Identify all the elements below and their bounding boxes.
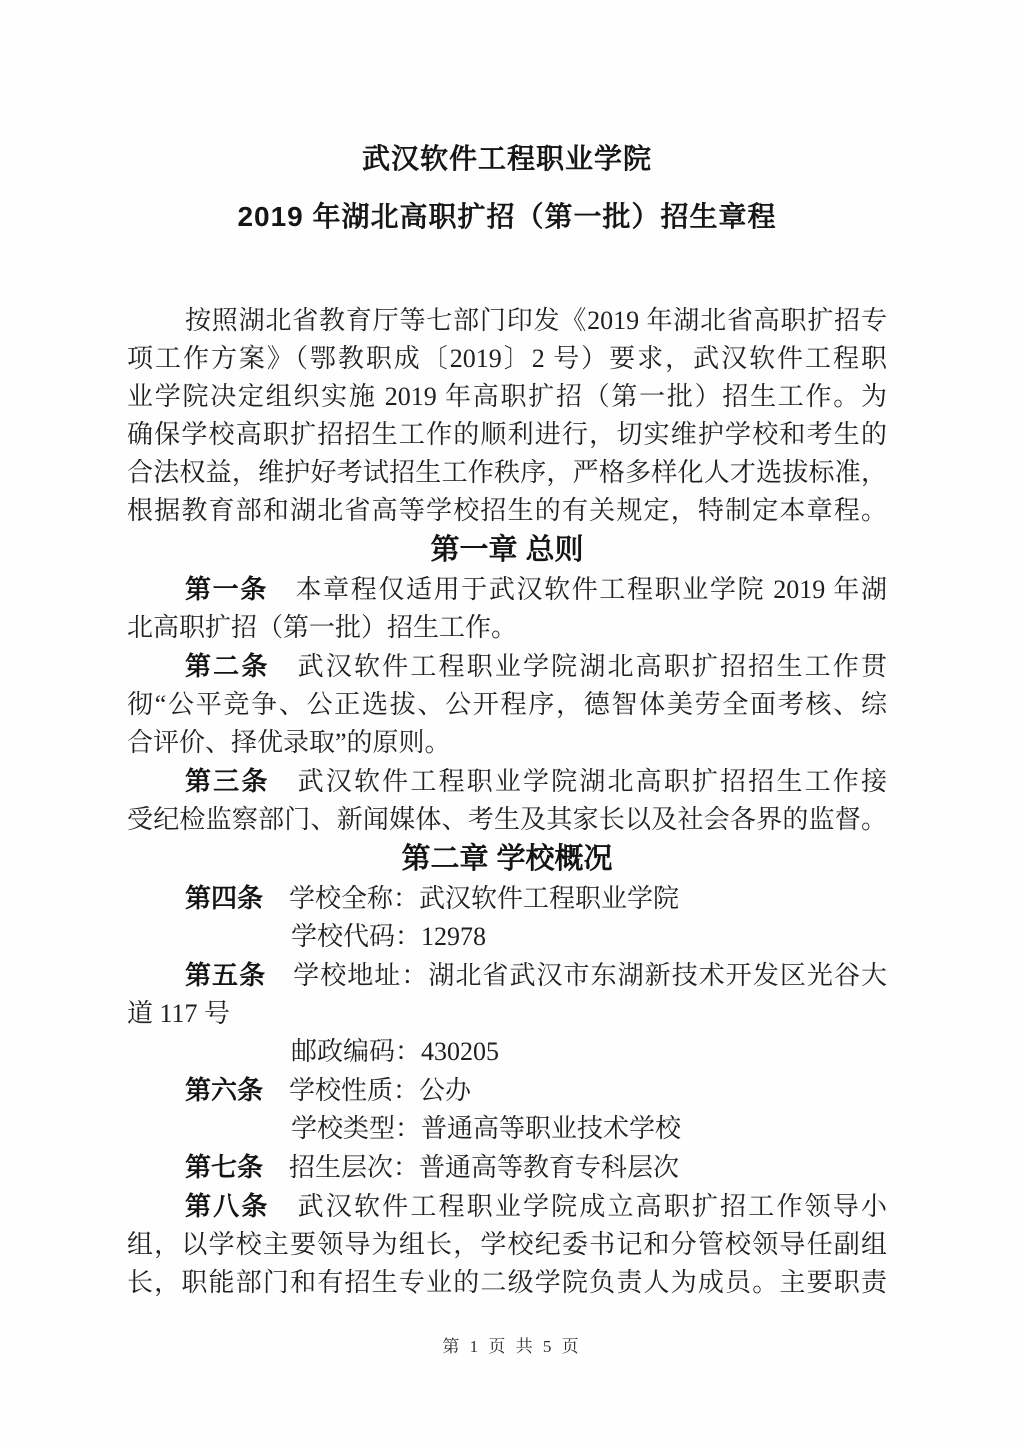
paragraph: 第三条 武汉软件工程职业学院湖北高职扩招招生工作接受纪检监察部门、新闻媒体、考生… — [127, 762, 887, 839]
text-segment: 学校类型：普通高等职业技术学校 — [291, 1114, 681, 1143]
text-segment: 学校性质：公办 — [263, 1076, 471, 1105]
document-page: 武汉软件工程职业学院 2019 年湖北高职扩招（第一批）招生章程 按照湖北省教育… — [0, 0, 1024, 1448]
text-segment: 本章程仅适用于武汉软件工程职业学院 2019 年湖 — [268, 575, 887, 604]
text-segment: 合评价、择优录取”的原则。 — [127, 728, 451, 757]
text-line: 根据教育部和湖北省高等学校招生的有关规定，特制定本章程。 — [127, 492, 887, 530]
text-segment: 招生层次：普通高等教育专科层次 — [263, 1153, 679, 1182]
text-segment: 确保学校高职扩招招生工作的顺利进行，切实维护学校和考生的 — [127, 420, 887, 449]
text-line: 受纪检监察部门、新闻媒体、考生及其家长以及社会各界的监督。 — [127, 801, 887, 839]
text-line: 合法权益，维护好考试招生工作秩序，严格多样化人才选拔标准， — [127, 454, 887, 492]
paragraph: 第一条 本章程仅适用于武汉软件工程职业学院 2019 年湖北高职扩招（第一批）招… — [127, 570, 887, 647]
text-line: 第三条 武汉软件工程职业学院湖北高职扩招招生工作接 — [127, 762, 887, 801]
doc-body: 按照湖北省教育厅等七部门印发《2019 年湖北省高职扩招专项工作方案》（鄂教职成… — [127, 302, 887, 1302]
text-line: 学校类型：普通高等职业技术学校 — [127, 1110, 887, 1148]
text-segment: 学校地址：湖北省武汉市东湖新技术开发区光谷大 — [266, 961, 887, 990]
paragraph: 第四条 学校全称：武汉软件工程职业学院学校代码：12978 — [127, 879, 887, 956]
text-line: 第七条 招生层次：普通高等教育专科层次 — [127, 1148, 887, 1187]
paragraph: 第五条 学校地址：湖北省武汉市东湖新技术开发区光谷大道 117 号邮政编码：43… — [127, 956, 887, 1071]
text-segment: 道 117 号 — [127, 999, 230, 1028]
text-segment: 受纪检监察部门、新闻媒体、考生及其家长以及社会各界的监督。 — [127, 805, 887, 834]
text-segment: 北高职扩招（第一批）招生工作。 — [127, 613, 517, 642]
text-segment: 彻“公平竞争、公正选拔、公开程序，德智体美劳全面考核、综 — [127, 690, 887, 719]
paragraph: 第七条 招生层次：普通高等教育专科层次 — [127, 1148, 887, 1187]
text-line: 彻“公平竞争、公正选拔、公开程序，德智体美劳全面考核、综 — [127, 686, 887, 724]
text-line: 按照湖北省教育厅等七部门印发《2019 年湖北省高职扩招专 — [127, 302, 887, 340]
text-line: 第二条 武汉软件工程职业学院湖北高职扩招招生工作贯 — [127, 647, 887, 686]
text-line: 项工作方案》（鄂教职成〔2019〕2 号）要求，武汉软件工程职 — [127, 340, 887, 378]
article-label: 第四条 — [185, 883, 263, 913]
text-segment: 学校代码：12978 — [291, 922, 486, 951]
chapter-heading: 第二章 学校概况 — [127, 839, 887, 879]
text-line: 第五条 学校地址：湖北省武汉市东湖新技术开发区光谷大 — [127, 956, 887, 995]
text-line: 确保学校高职扩招招生工作的顺利进行，切实维护学校和考生的 — [127, 416, 887, 454]
text-line: 邮政编码：430205 — [127, 1033, 887, 1071]
text-segment: 武汉软件工程职业学院成立高职扩招工作领导小 — [270, 1192, 887, 1221]
text-line: 北高职扩招（第一批）招生工作。 — [127, 609, 887, 647]
doc-title: 武汉软件工程职业学院 — [127, 138, 887, 180]
text-line: 学校代码：12978 — [127, 918, 887, 956]
article-label: 第三条 — [185, 766, 270, 796]
text-segment: 学校全称：武汉软件工程职业学院 — [263, 884, 679, 913]
text-segment: 业学院决定组织实施 2019 年高职扩招（第一批）招生工作。为 — [127, 382, 887, 411]
article-label: 第六条 — [185, 1075, 263, 1105]
text-segment: 按照湖北省教育厅等七部门印发《2019 年湖北省高职扩招专 — [185, 306, 887, 335]
article-label: 第七条 — [185, 1152, 263, 1182]
text-line: 组，以学校主要领导为组长，学校纪委书记和分管校领导任副组 — [127, 1226, 887, 1264]
text-segment: 武汉软件工程职业学院湖北高职扩招招生工作贯 — [270, 652, 887, 681]
paragraph: 第六条 学校性质：公办学校类型：普通高等职业技术学校 — [127, 1071, 887, 1148]
text-segment: 组，以学校主要领导为组长，学校纪委书记和分管校领导任副组 — [127, 1230, 887, 1259]
article-label: 第二条 — [185, 651, 270, 681]
doc-subtitle: 2019 年湖北高职扩招（第一批）招生章程 — [127, 196, 887, 238]
text-line: 第一条 本章程仅适用于武汉软件工程职业学院 2019 年湖 — [127, 570, 887, 609]
text-line: 道 117 号 — [127, 995, 887, 1033]
page-footer: 第 1 页 共 5 页 — [0, 1332, 1024, 1357]
article-label: 第一条 — [185, 574, 268, 604]
text-segment: 合法权益，维护好考试招生工作秩序，严格多样化人才选拔标准， — [127, 458, 887, 487]
paragraph: 按照湖北省教育厅等七部门印发《2019 年湖北省高职扩招专项工作方案》（鄂教职成… — [127, 302, 887, 530]
paragraph: 第二条 武汉软件工程职业学院湖北高职扩招招生工作贯彻“公平竞争、公正选拔、公开程… — [127, 647, 887, 762]
text-line: 第八条 武汉软件工程职业学院成立高职扩招工作领导小 — [127, 1187, 887, 1226]
chapter-heading: 第一章 总则 — [127, 530, 887, 570]
text-segment: 长，职能部门和有招生专业的二级学院负责人为成员。主要职责 — [127, 1268, 887, 1297]
article-label: 第八条 — [185, 1191, 270, 1221]
paragraph: 第八条 武汉软件工程职业学院成立高职扩招工作领导小组，以学校主要领导为组长，学校… — [127, 1187, 887, 1302]
text-line: 长，职能部门和有招生专业的二级学院负责人为成员。主要职责 — [127, 1264, 887, 1302]
text-line: 第四条 学校全称：武汉软件工程职业学院 — [127, 879, 887, 918]
article-label: 第五条 — [185, 960, 266, 990]
text-line: 第六条 学校性质：公办 — [127, 1071, 887, 1110]
text-line: 合评价、择优录取”的原则。 — [127, 724, 887, 762]
text-segment: 项工作方案》（鄂教职成〔2019〕2 号）要求，武汉软件工程职 — [127, 344, 887, 373]
text-segment: 根据教育部和湖北省高等学校招生的有关规定，特制定本章程。 — [127, 496, 887, 525]
text-segment: 邮政编码：430205 — [291, 1037, 499, 1066]
text-line: 业学院决定组织实施 2019 年高职扩招（第一批）招生工作。为 — [127, 378, 887, 416]
text-segment: 武汉软件工程职业学院湖北高职扩招招生工作接 — [270, 767, 887, 796]
